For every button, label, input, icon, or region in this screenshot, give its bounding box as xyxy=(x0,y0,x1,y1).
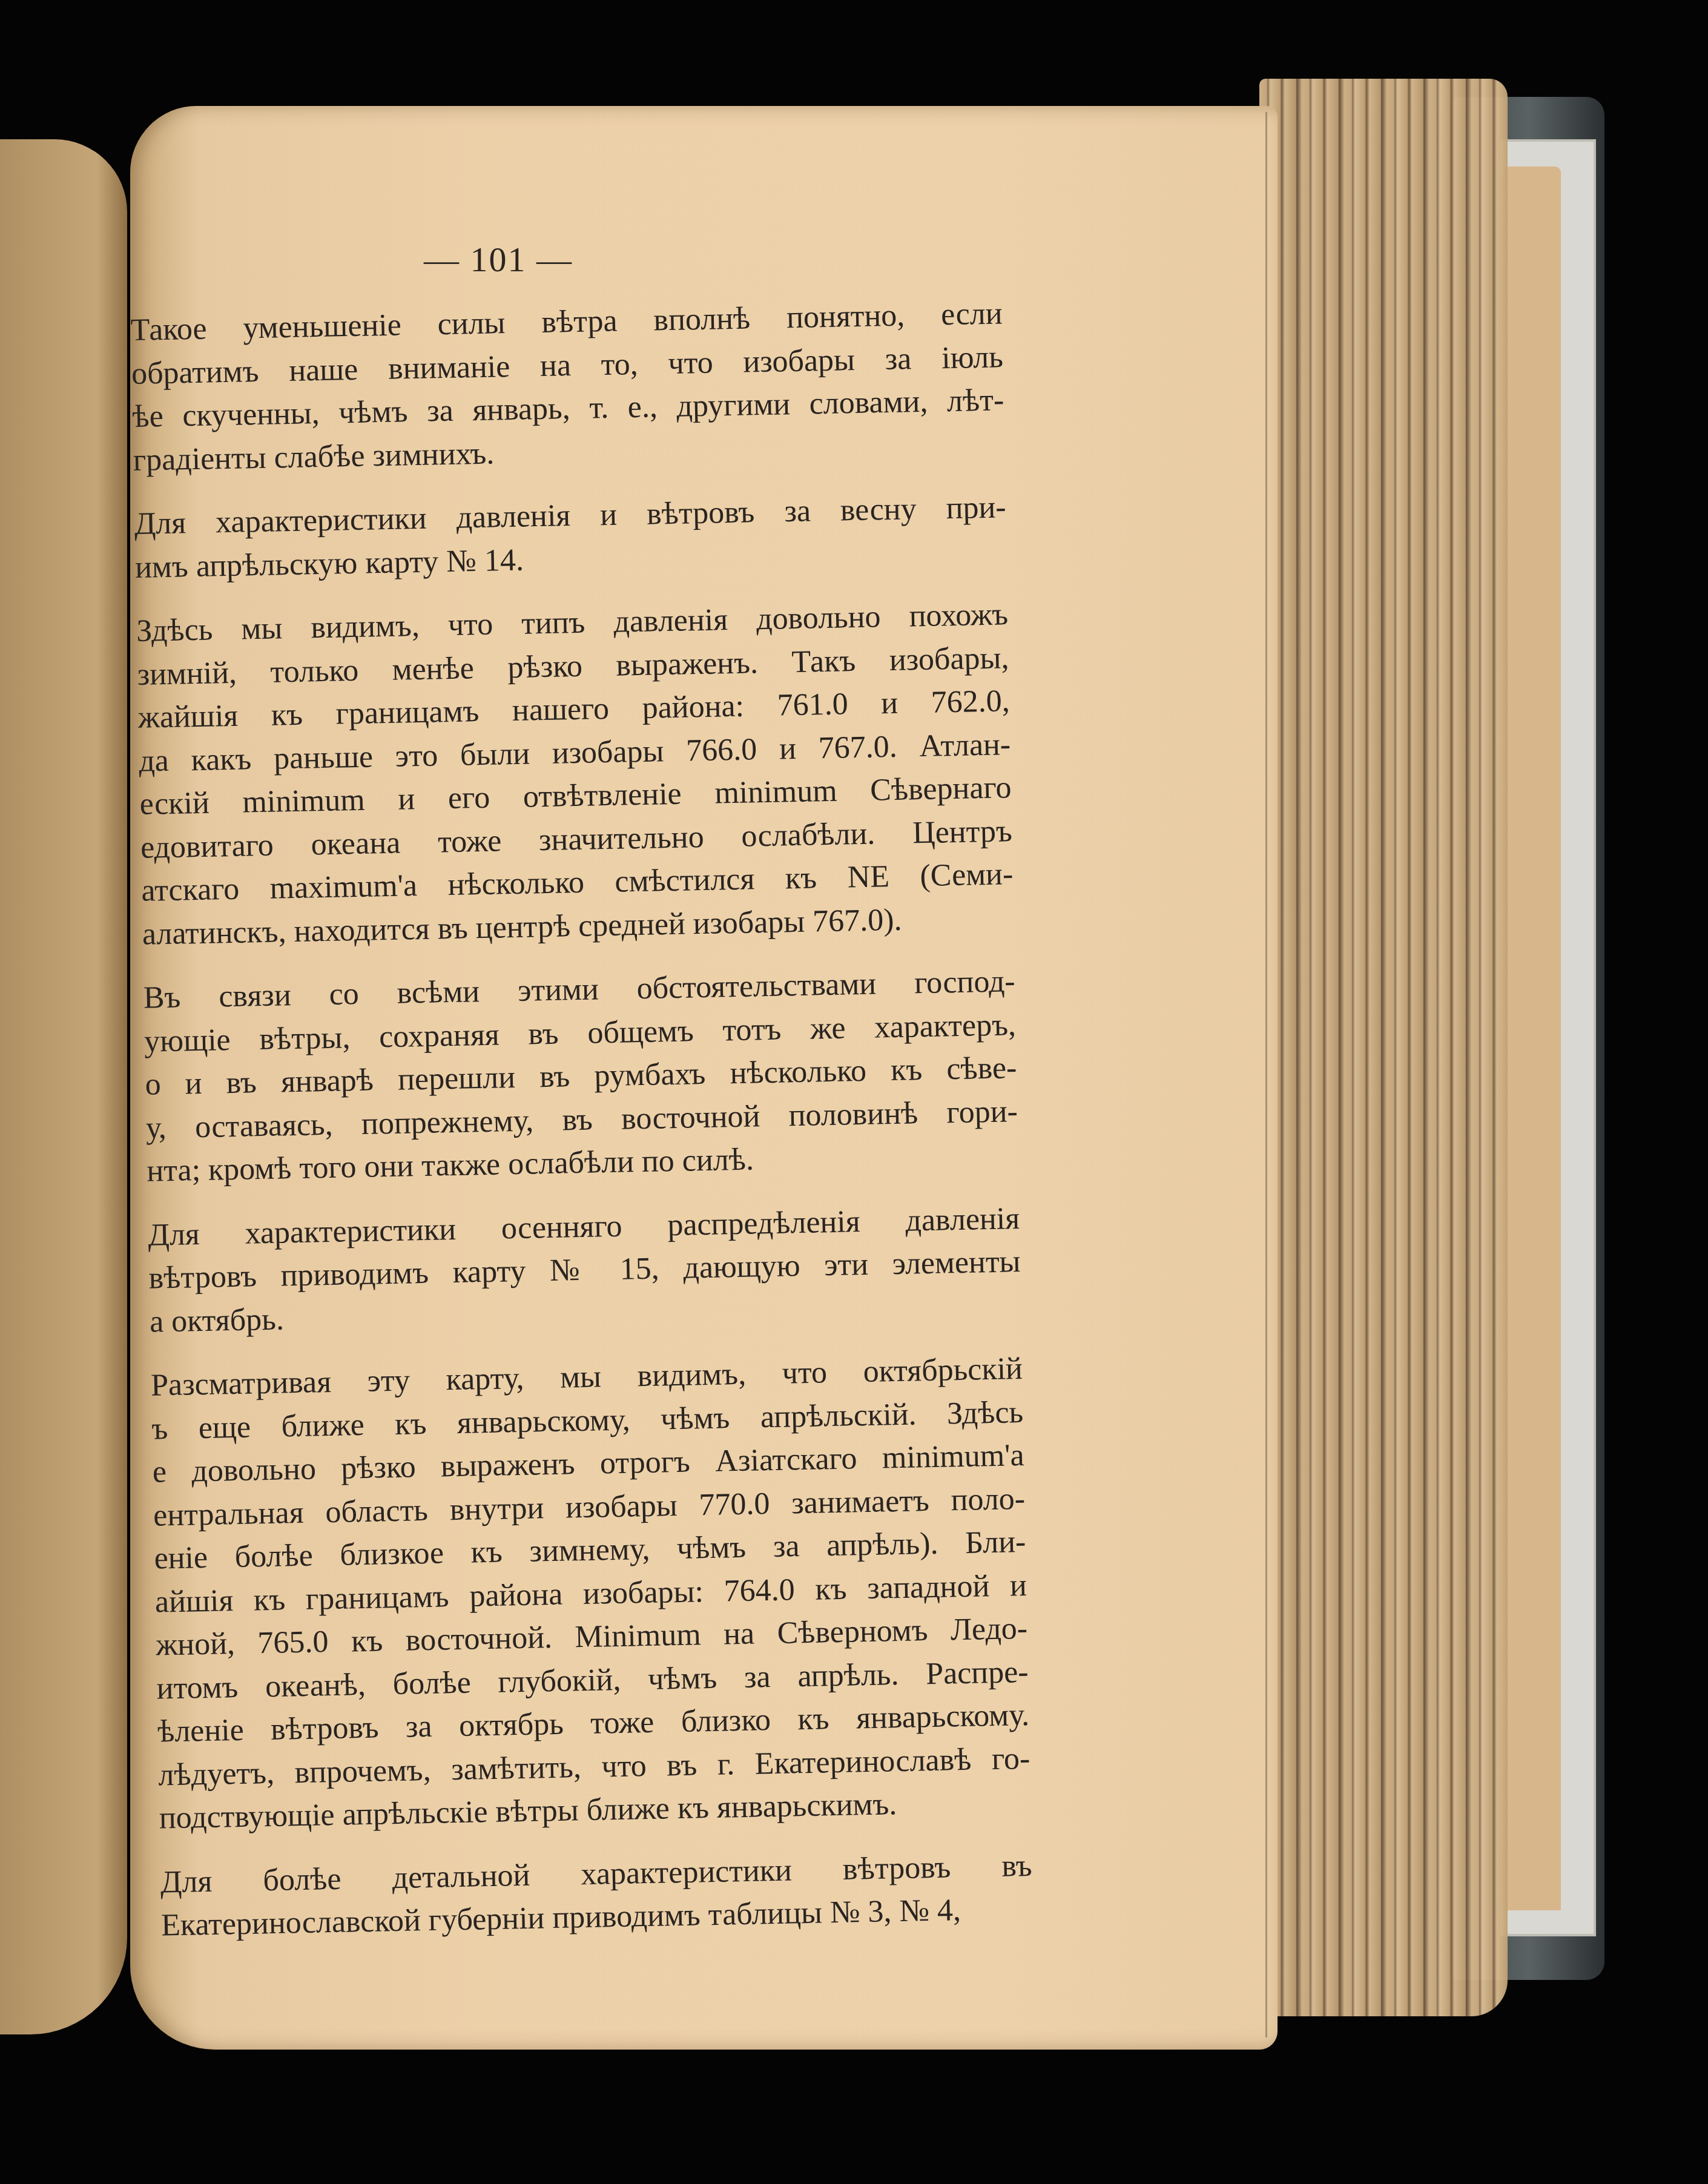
endpaper-inner-sheet xyxy=(1500,167,1561,1910)
page-number: — 101 — xyxy=(424,239,573,280)
left-facing-page xyxy=(0,139,127,2034)
paragraph: Для болѣе детальной характеристики вѣтро… xyxy=(160,1844,1033,1947)
paragraph: Для характеристики осенняго распредѣленi… xyxy=(148,1197,1022,1344)
page-stack-fore-edge xyxy=(1259,79,1508,2016)
paragraph: Въ связи со всѣми этими обстоятельствами… xyxy=(143,960,1019,1193)
paragraph: Такое уменьшенiе силы вѣтра вполнѣ понят… xyxy=(130,292,1005,482)
page-body-text: Такое уменьшенiе силы вѣтра вполнѣ понят… xyxy=(130,292,1034,1968)
paragraph: Разсматривая эту карту, мы видимъ, что о… xyxy=(150,1347,1031,1840)
paragraph: Здѣсь мы видимъ, что типъ давленiя довол… xyxy=(136,593,1015,956)
paragraph: Для характеристики давленiя и вѣтровъ за… xyxy=(134,486,1007,589)
page-edge xyxy=(1265,112,1267,2037)
